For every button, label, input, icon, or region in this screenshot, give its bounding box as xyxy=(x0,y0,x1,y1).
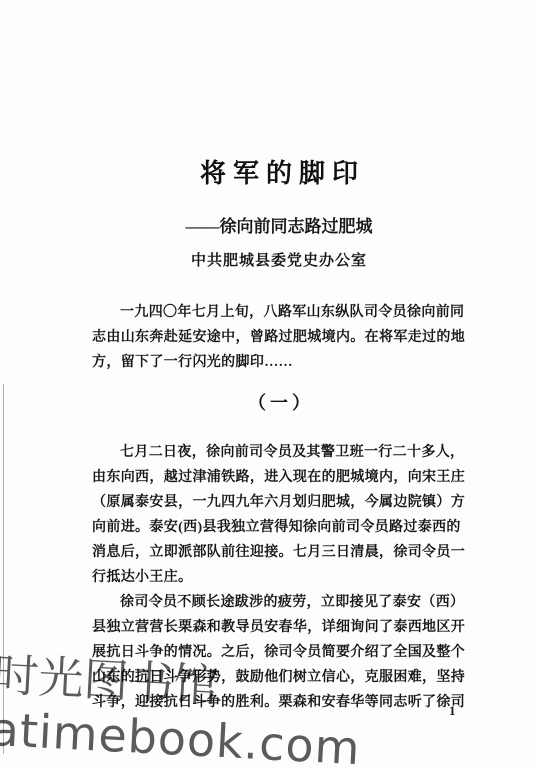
text-line: 山东的抗日斗争形势，鼓励他们树立信心，克服困难，坚持 xyxy=(92,665,466,690)
text-line: 七月二日夜，徐向前司令员及其警卫班一行二十多人， xyxy=(92,440,466,465)
text-line: 县独立营营长栗森和教导员安春华，详细询问了泰西地区开 xyxy=(92,615,466,640)
text-line: 行抵达小王庄。 xyxy=(92,565,466,590)
scan-artifact-line xyxy=(3,384,4,754)
text-line: 一九四〇年七月上旬，八路军山东纵队司令员徐向前同 xyxy=(92,300,466,325)
text-line: （原属泰安县，一九四九年六月划归肥城，今属边院镇）方 xyxy=(92,490,466,515)
article-subtitle: ——徐向前同志路过肥城 xyxy=(92,217,466,237)
text-line: 徐司令员不顾长途跋涉的疲劳，立即接见了泰安（西） xyxy=(92,590,466,615)
paragraph-intro: 一九四〇年七月上旬，八路军山东纵队司令员徐向前同志由山东奔赴延安途中，曾路过肥城… xyxy=(92,300,466,375)
paragraph-meeting: 徐司令员不顾长途跋涉的疲劳，立即接见了泰安（西）县独立营营长栗森和教导员安春华，… xyxy=(92,590,466,715)
article-byline: 中共肥城县委党史办公室 xyxy=(92,251,466,271)
text-line: 方，留下了一行闪光的脚印…… xyxy=(92,350,466,375)
article-title: 将军的脚印 xyxy=(92,158,466,190)
text-line: 展抗日斗争的情况。之后，徐司令员简要介绍了全国及整个 xyxy=(92,640,466,665)
page-content: 将军的脚印 ——徐向前同志路过肥城 中共肥城县委党史办公室 一九四〇年七月上旬，… xyxy=(92,0,466,715)
text-line: 消息后，立即派部队前往迎接。七月三日清晨，徐司令员一 xyxy=(92,540,466,565)
paragraph-journey: 七月二日夜，徐向前司令员及其警卫班一行二十多人，由东向西，越过津浦铁路，进入现在… xyxy=(92,440,466,590)
text-line: 向前进。泰安(西)县我独立营得知徐向前司令员路过泰西的 xyxy=(92,515,466,540)
page-number: 1 xyxy=(449,703,456,719)
scanned-book-page: 将军的脚印 ——徐向前同志路过肥城 中共肥城县委党史办公室 一九四〇年七月上旬，… xyxy=(0,0,537,768)
text-line: 由东向西，越过津浦铁路，进入现在的肥城境内，向宋王庄 xyxy=(92,465,466,490)
text-line: 志由山东奔赴延安途中，曾路过肥城境内。在将军走过的地 xyxy=(92,325,466,350)
section-heading: （一） xyxy=(92,392,466,415)
text-line: 斗争，迎接抗日斗争的胜利。栗森和安春华等同志听了徐司 xyxy=(92,690,466,715)
